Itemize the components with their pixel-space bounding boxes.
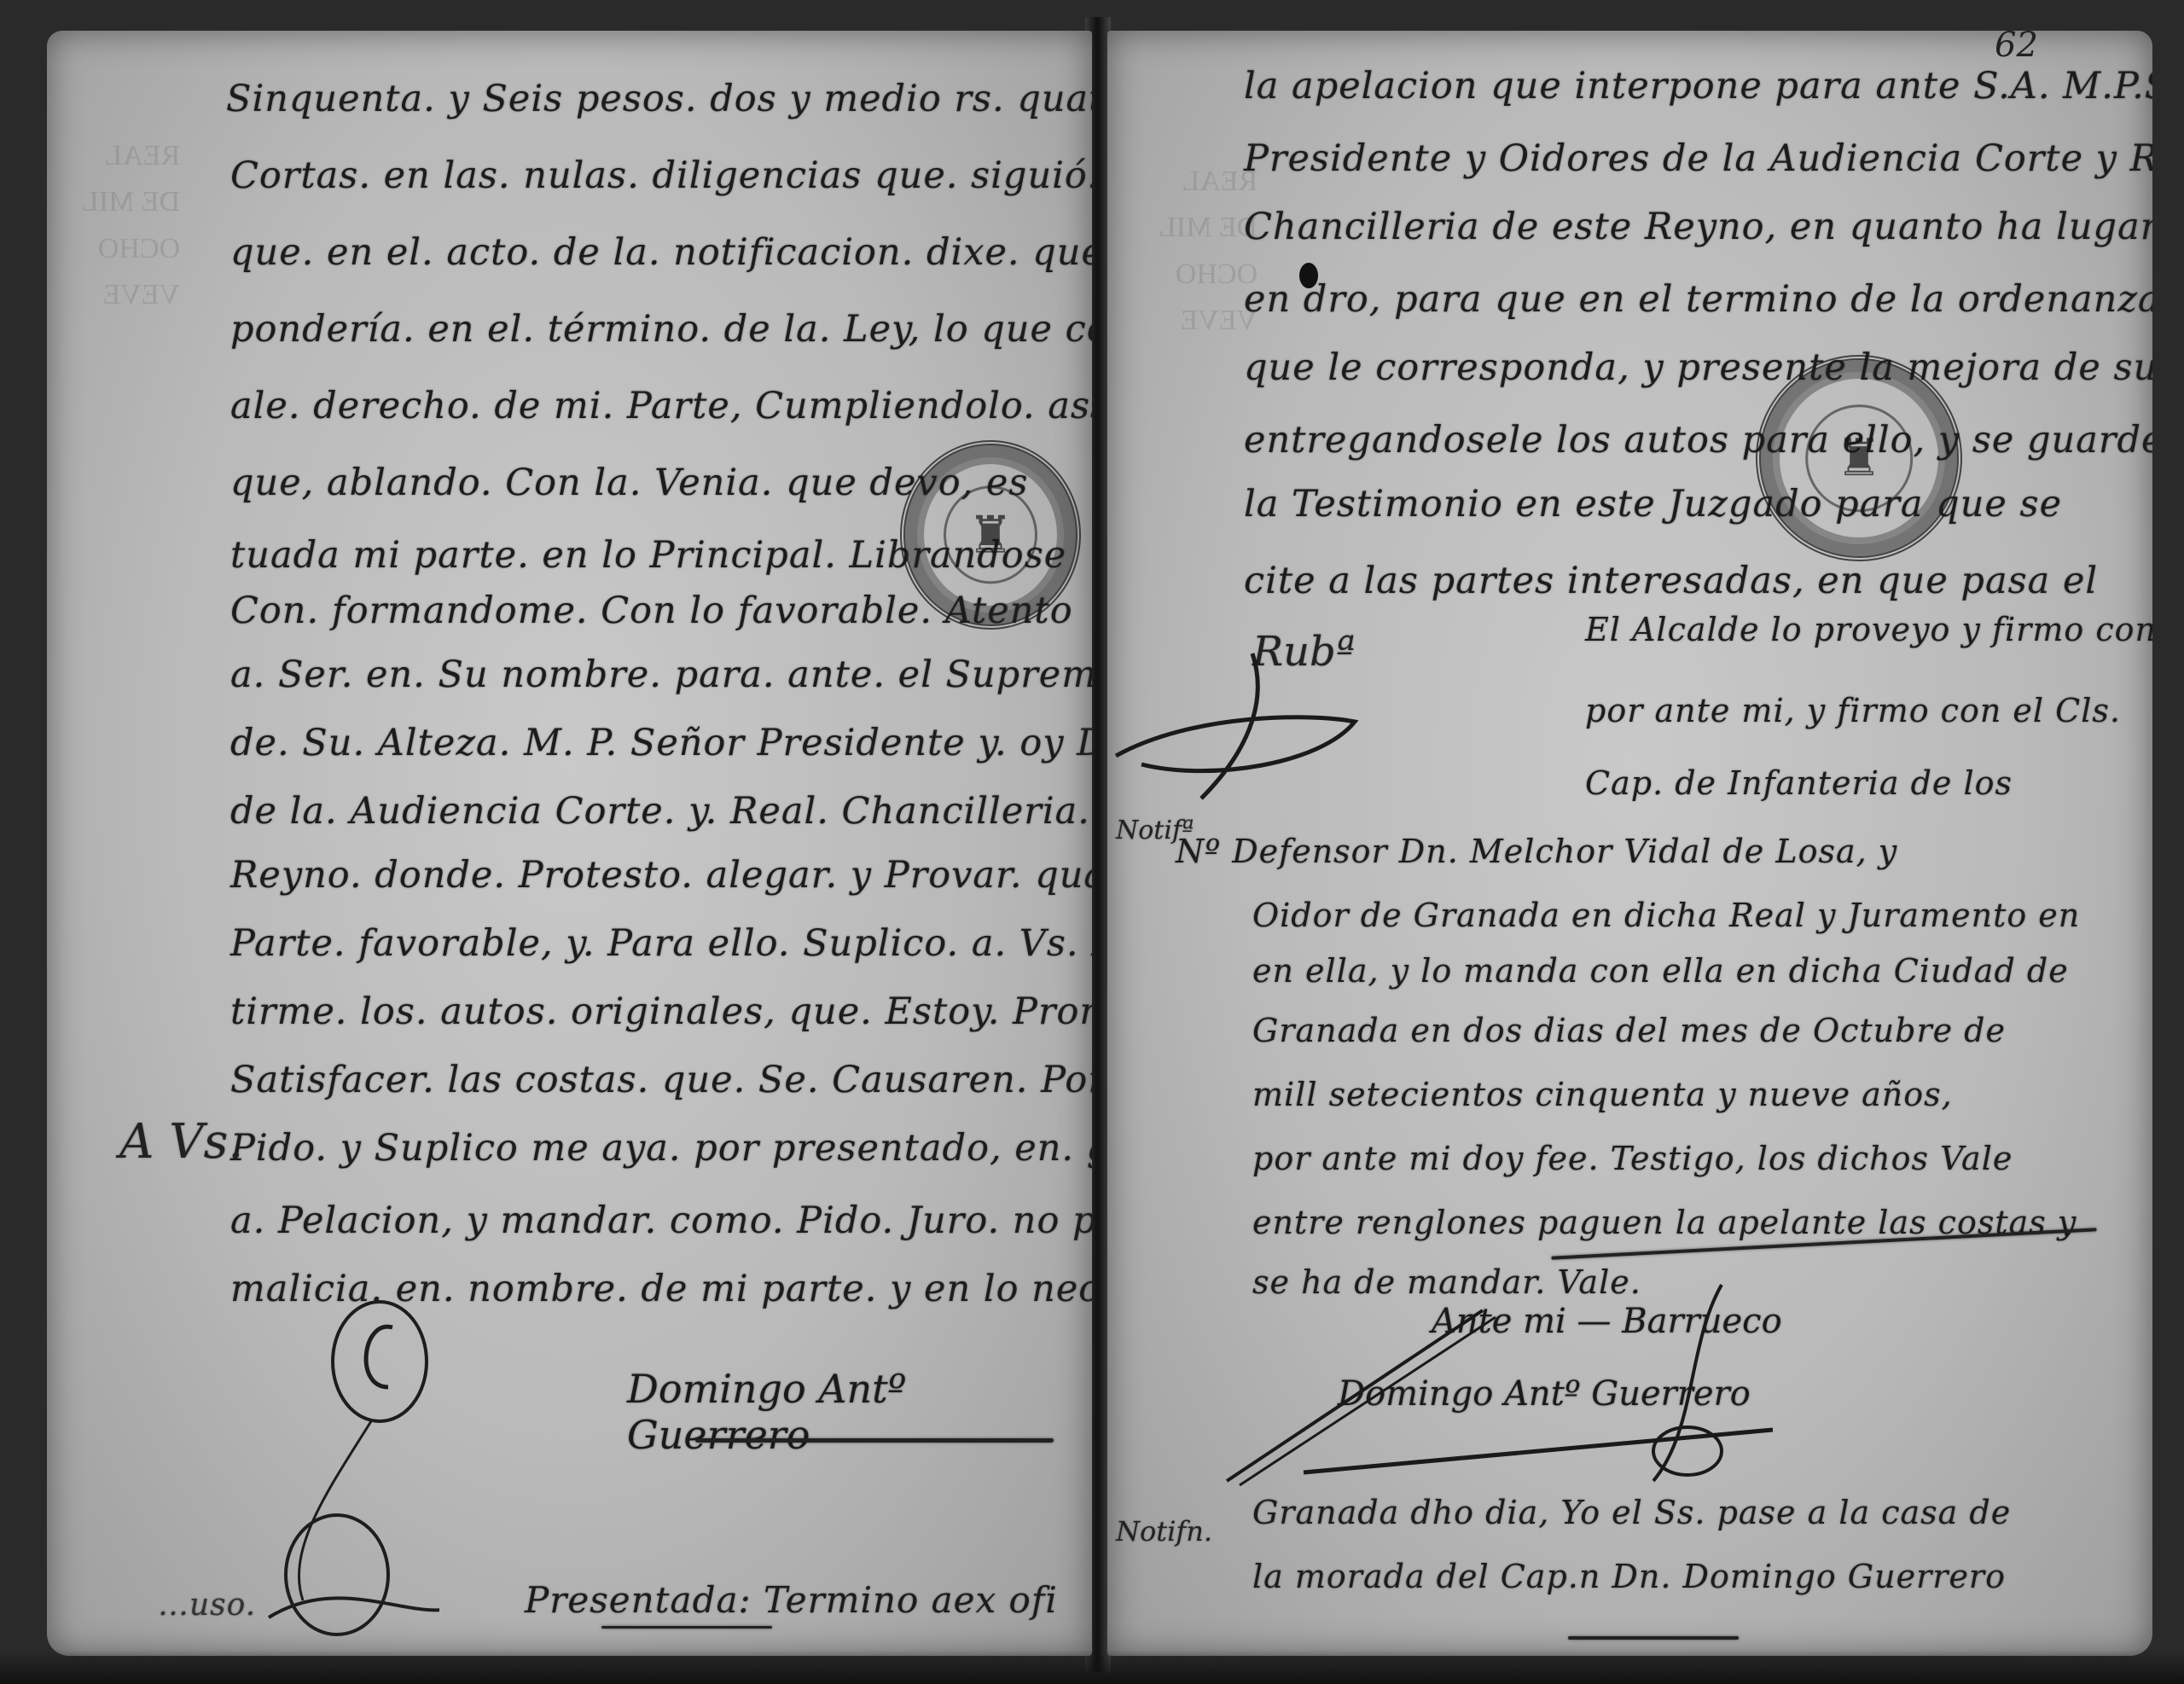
text-line: de la. Audiencia Corte. y. Real. Chancil… bbox=[230, 790, 1092, 833]
rubric-flourish-icon bbox=[1107, 619, 1397, 807]
seal-emblem-icon: ♜ bbox=[944, 485, 1037, 584]
text-line: Cortas. en las. nulas. diligencias que. … bbox=[230, 154, 1092, 197]
text-line: de. Su. Alteza. M. P. Señor Presidente y… bbox=[230, 722, 1092, 764]
text-line: Chancilleria de este Reyno, en quanto ha… bbox=[1244, 206, 2152, 248]
bottom-left-fragment: …uso. bbox=[158, 1588, 256, 1623]
signature-domingo-guerrero: Domingo Antº Guerrero bbox=[627, 1366, 1092, 1458]
closing-underline bbox=[1568, 1636, 1739, 1640]
closing-line: Granada dho dia, Yo el Ss. pase a la cas… bbox=[1252, 1494, 2011, 1531]
text-line: mill setecientos cinquenta y nueve años, bbox=[1252, 1076, 1953, 1113]
text-line: Sinquenta. y Seis pesos. dos y medio rs.… bbox=[226, 78, 1092, 120]
text-line: por ante mi doy fee. Testigo, los dichos… bbox=[1252, 1140, 2013, 1177]
notarial-rubric-flourish-icon bbox=[235, 1293, 439, 1652]
text-line: tirme. los. autos. originales, que. Esto… bbox=[230, 990, 1092, 1033]
margin-note: A Vs. bbox=[119, 1114, 243, 1170]
text-line: en ella, y lo manda con ella en dicha Ci… bbox=[1252, 952, 2069, 990]
text-line: Granada en dos dias del mes de Octubre d… bbox=[1252, 1012, 2006, 1049]
text-line: Nº Defensor Dn. Melchor Vidal de Losa, y bbox=[1176, 833, 1897, 870]
text-line: por ante mi, y firmo con el Cls. bbox=[1585, 692, 2121, 729]
scan-bottom-edge bbox=[0, 1650, 2184, 1684]
left-page: REAL DE MIL OCHO VEVE Sinquenta. y Seis … bbox=[47, 31, 1092, 1656]
presentation-underline bbox=[601, 1626, 772, 1629]
seal-emblem-icon: ♜ bbox=[1805, 404, 1913, 512]
royal-seal-stamp: ♜ bbox=[1756, 355, 1962, 561]
text-line: en dro, para que en el termino de la ord… bbox=[1244, 278, 2152, 321]
text-line: Presidente y Oidores de la Audiencia Cor… bbox=[1244, 137, 2152, 180]
text-line: Oidor de Granada en dicha Real y Juramen… bbox=[1252, 897, 2080, 934]
text-line: ale. derecho. de mi. Parte, Cumpliendolo… bbox=[230, 385, 1092, 427]
text-line: pondería. en el. término. de la. Ley, lo… bbox=[230, 308, 1092, 351]
manuscript-scan: REAL DE MIL OCHO VEVE Sinquenta. y Seis … bbox=[0, 0, 2184, 1684]
text-line: que le corresponda, y presente la mejora… bbox=[1244, 346, 2152, 389]
text-line: Cap. de Infanteria de los bbox=[1585, 764, 2013, 802]
text-line: Pido. y Suplico me aya. por presentado, … bbox=[230, 1127, 1092, 1170]
text-line: la apelacion que interpone para ante S.A… bbox=[1244, 65, 2152, 107]
text-line: El Alcalde lo proveyo y firmo con dicho … bbox=[1585, 611, 2152, 648]
signature-underline bbox=[695, 1438, 1054, 1443]
royal-seal-stamp: ♜ bbox=[900, 440, 1081, 630]
text-line: a. Ser. en. Su nombre. para. ante. el Su… bbox=[230, 653, 1092, 696]
text-line: entregandosele los autos para ello, y se… bbox=[1244, 419, 2152, 462]
text-line: Parte. favorable, y. Para ello. Suplico.… bbox=[230, 922, 1092, 965]
text-line: cite a las partes interesadas, en que pa… bbox=[1244, 560, 2098, 602]
margin-note-notification: Notifª bbox=[1116, 816, 1194, 845]
signature-rubric-flourish-icon bbox=[1176, 1259, 1943, 1515]
margin-note-notification-2: Notifn. bbox=[1116, 1515, 1212, 1548]
presentation-note: Presentada: Termino aex ofi bbox=[525, 1579, 1058, 1621]
text-line: a. Pelacion, y mandar. como. Pido. Juro.… bbox=[230, 1199, 1092, 1242]
right-page: REAL DE MIL OCHO VEVE 62 la apelacion qu… bbox=[1107, 31, 2152, 1656]
closing-line: la morada del Cap.n Dn. Domingo Guerrero bbox=[1252, 1558, 2006, 1595]
ink-blot bbox=[1299, 263, 1318, 288]
text-line: Satisfacer. las costas. que. Se. Causare… bbox=[230, 1059, 1092, 1101]
text-line: que. en el. acto. de la. notificacion. d… bbox=[230, 231, 1092, 274]
text-line: Reyno. donde. Protesto. alegar. y Provar… bbox=[230, 854, 1092, 897]
